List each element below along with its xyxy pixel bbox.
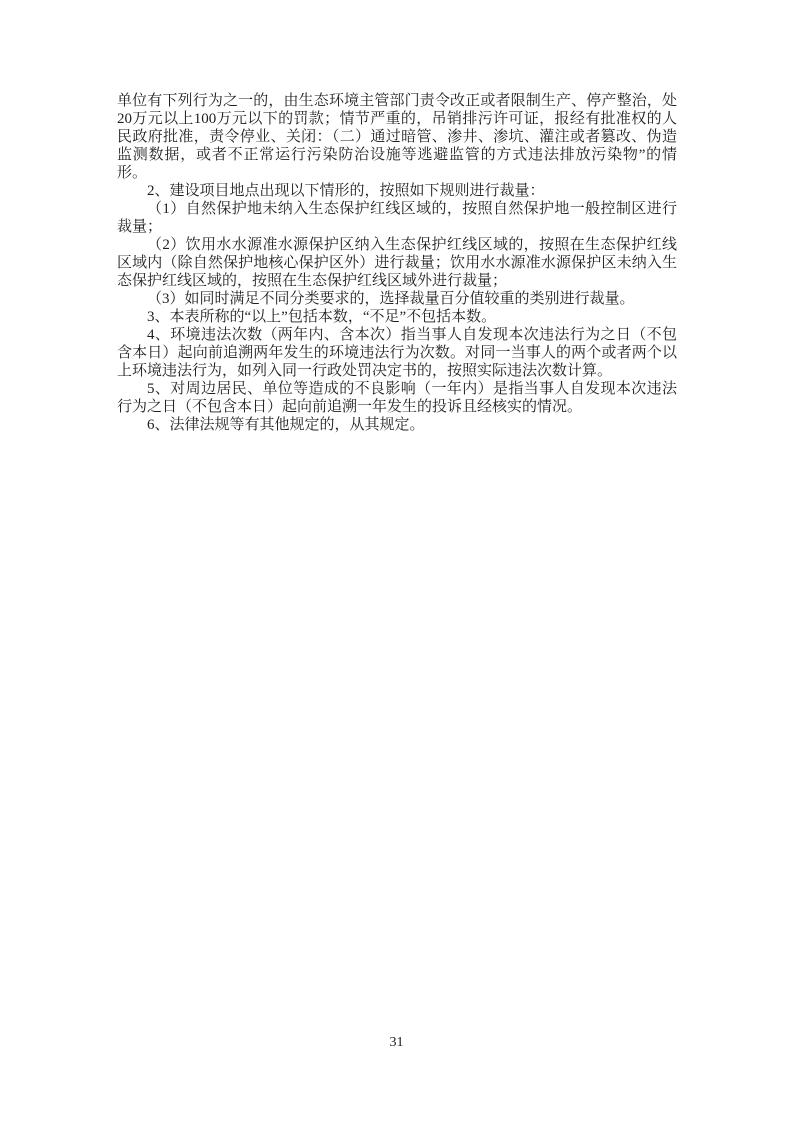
paragraph-item-2: 2、建设项目地点出现以下情形的，按照如下规则进行裁量：: [117, 182, 677, 200]
paragraph-subitem-2: （2）饮用水水源准水源保护区纳入生态保护红线区域的，按照在生态保护红线区域内（除…: [117, 236, 677, 290]
paragraph-continuation: 单位有下列行为之一的，由生态环境主管部门责令改正或者限制生产、停产整治，处20万…: [117, 92, 677, 182]
document-page: 单位有下列行为之一的，由生态环境主管部门责令改正或者限制生产、停产整治，处20万…: [0, 0, 793, 1122]
paragraph-item-4: 4、环境违法次数（两年内、含本次）指当事人自发现本次违法行为之日（不包含本日）起…: [117, 326, 677, 380]
page-number: 31: [0, 1035, 793, 1051]
paragraph-subitem-3: （3）如同时满足不同分类要求的，选择裁量百分值较重的类别进行裁量。: [117, 290, 677, 308]
document-body: 单位有下列行为之一的，由生态环境主管部门责令改正或者限制生产、停产整治，处20万…: [117, 92, 677, 434]
paragraph-item-5: 5、对周边居民、单位等造成的不良影响（一年内）是指当事人自发现本次违法行为之日（…: [117, 380, 677, 416]
paragraph-item-3: 3、本表所称的“以上”包括本数，“不足”不包括本数。: [117, 308, 677, 326]
paragraph-subitem-1: （1）自然保护地未纳入生态保护红线区域的，按照自然保护地一般控制区进行裁量；: [117, 200, 677, 236]
paragraph-item-6: 6、法律法规等有其他规定的，从其规定。: [117, 416, 677, 434]
